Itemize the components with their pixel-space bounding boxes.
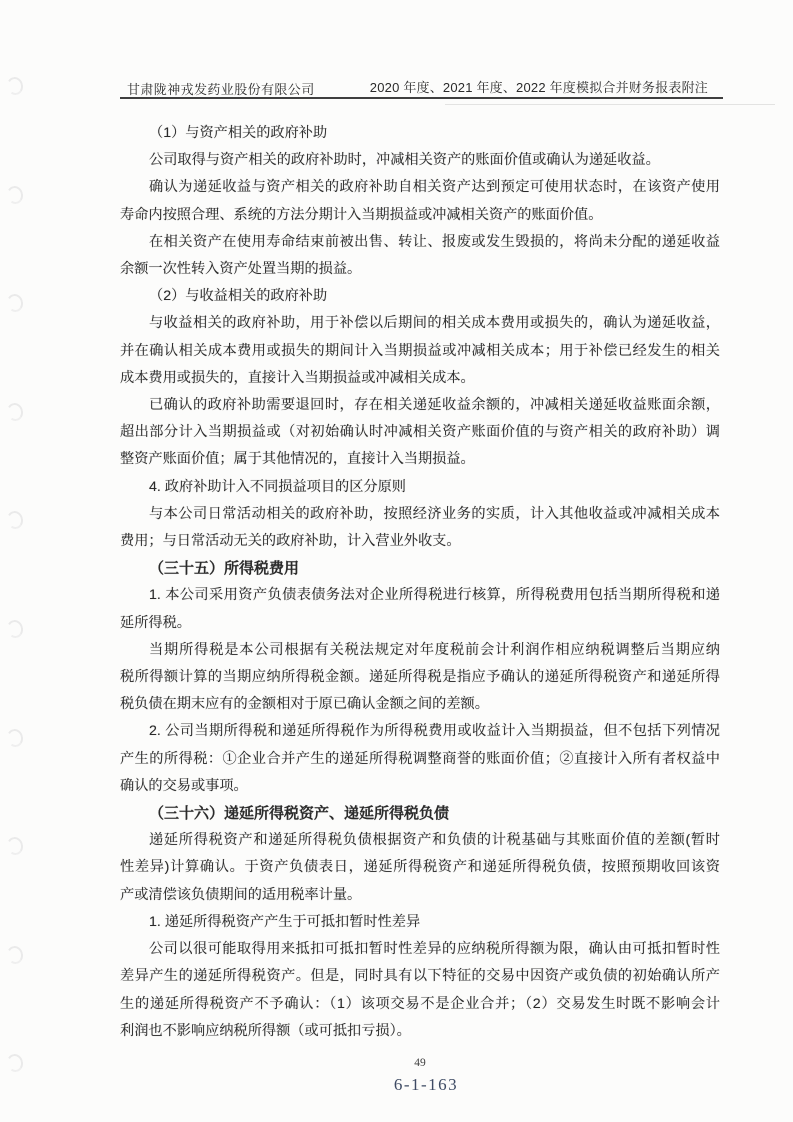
document-page: 甘肃陇神戎发药业股份有限公司 2020 年度、2021 年度、2022 年度模拟… xyxy=(0,0,793,1122)
text-line: 与收益相关的政府补助，用于补偿以后期间的相关成本费用或损失的，确认为递延收益， xyxy=(120,310,720,337)
text-line: 4. 政府补助计入不同损益项目的区分原则 xyxy=(120,474,720,501)
text-line: 余额一次性转入资产处置当期的损益。 xyxy=(120,256,720,283)
header-company-name: 甘肃陇神戎发药业股份有限公司 xyxy=(127,79,315,98)
text-line: 并在确认相关成本费用或损失的期间计入当期损益或冲减相关成本；用于补偿已经发生的相… xyxy=(120,338,720,365)
text-line: 确认为递延收益与资产相关的政府补助自相关资产达到预定可使用状态时，在该资产使用 xyxy=(120,174,720,201)
binding-hole-mark xyxy=(5,76,24,97)
text-line: 成本费用或损失的，直接计入当期损益或冲减相关成本。 xyxy=(120,365,720,392)
section-heading-line: （三十五）所得税费用 xyxy=(120,555,720,582)
binding-hole-mark xyxy=(5,510,24,531)
header-rule-divider xyxy=(120,97,723,99)
document-body: （1）与资产相关的政府补助公司取得与资产相关的政府补助时，冲减相关资产的账面价值… xyxy=(120,120,720,1045)
text-line: 1. 本公司采用资产负债表债务法对企业所得税进行核算，所得税费用包括当期所得税和… xyxy=(120,582,720,609)
binding-hole-mark xyxy=(5,836,24,857)
text-line: 超出部分计入当期损益或（对初始确认时冲减相关资产账面价值的与资产相关的政府补助）… xyxy=(120,419,720,446)
text-line: （1）与资产相关的政府补助 xyxy=(120,120,720,147)
text-line: 递延所得税资产和递延所得税负债根据资产和负债的计税基础与其账面价值的差额(暂时 xyxy=(120,827,720,854)
text-line: 性差异)计算确认。于资产负债表日，递延所得税资产和递延所得税负债，按照预期收回该… xyxy=(120,854,720,881)
text-line: 整资产账面价值；属于其他情况的，直接计入当期损益。 xyxy=(120,446,720,473)
text-line: 延所得税。 xyxy=(120,610,720,637)
binding-hole-mark xyxy=(5,1053,24,1074)
binding-hole-mark xyxy=(5,184,24,205)
binding-hole-mark xyxy=(5,619,24,640)
text-line: 公司以很可能取得用来抵扣可抵扣暂时性差异的应纳税所得额为限，确认由可抵扣暂时性 xyxy=(120,936,720,963)
section-heading-line: （三十六）递延所得税资产、递延所得税负债 xyxy=(120,800,720,827)
text-line: 生的递延所得税资产不予确认：（1）该项交易不是企业合并；（2）交易发生时既不影响… xyxy=(120,991,720,1018)
page-number: 49 xyxy=(120,1057,720,1069)
binding-hole-mark xyxy=(5,293,24,314)
text-line: 公司取得与资产相关的政府补助时，冲减相关资产的账面价值或确认为递延收益。 xyxy=(120,147,720,174)
text-line: 1. 递延所得税资产产生于可抵扣暂时性差异 xyxy=(120,909,720,936)
header-report-title: 2020 年度、2021 年度、2022 年度模拟合并财务报表附注 xyxy=(370,77,708,96)
text-line: 利润也不影响应纳税所得额（或可抵扣亏损）。 xyxy=(120,1018,720,1045)
text-line: 税所得额计算的当期应纳所得税金额。递延所得税是指应予确认的递延所得税资产和递延所… xyxy=(120,664,720,691)
text-line: 确认的交易或事项。 xyxy=(120,773,720,800)
text-line: 2. 公司当期所得税和递延所得税作为所得税费用或收益计入当期损益，但不包括下列情… xyxy=(120,718,720,745)
binding-hole-mark xyxy=(5,727,24,748)
text-line: 产生的所得税：①企业合并产生的递延所得税调整商誉的账面价值；②直接计入所有者权益… xyxy=(120,746,720,773)
text-line: 差异产生的递延所得税资产。但是，同时具有以下特征的交易中因资产或负债的初始确认所… xyxy=(120,963,720,990)
binding-hole-mark xyxy=(5,944,24,965)
text-line: 当期所得税是本公司根据有关税法规定对年度税前会计利润作相应纳税调整后当期应纳 xyxy=(120,637,720,664)
text-line: 税负债在期末应有的金额相对于原已确认金额之间的差额。 xyxy=(120,691,720,718)
text-line: 与本公司日常活动相关的政府补助，按照经济业务的实质，计入其他收益或冲减相关成本 xyxy=(120,501,720,528)
text-line: 产或清偿该负债期间的适用税率计量。 xyxy=(120,882,720,909)
text-line: （2）与收益相关的政府补助 xyxy=(120,283,720,310)
document-number: 6-1-163 xyxy=(126,1075,726,1095)
text-line: 已确认的政府补助需要退回时，存在相关递延收益余额的，冲减相关递延收益账面余额， xyxy=(120,392,720,419)
text-line: 寿命内按照合理、系统的方法分期计入当期损益或冲减相关资产的账面价值。 xyxy=(120,202,720,229)
binding-hole-mark xyxy=(5,401,24,422)
text-line: 费用；与日常活动无关的政府补助，计入营业外收支。 xyxy=(120,528,720,555)
text-line: 在相关资产在使用寿命结束前被出售、转让、报废或发生毁损的，将尚未分配的递延收益 xyxy=(120,229,720,256)
header-rule-scan-artifact xyxy=(445,104,775,105)
